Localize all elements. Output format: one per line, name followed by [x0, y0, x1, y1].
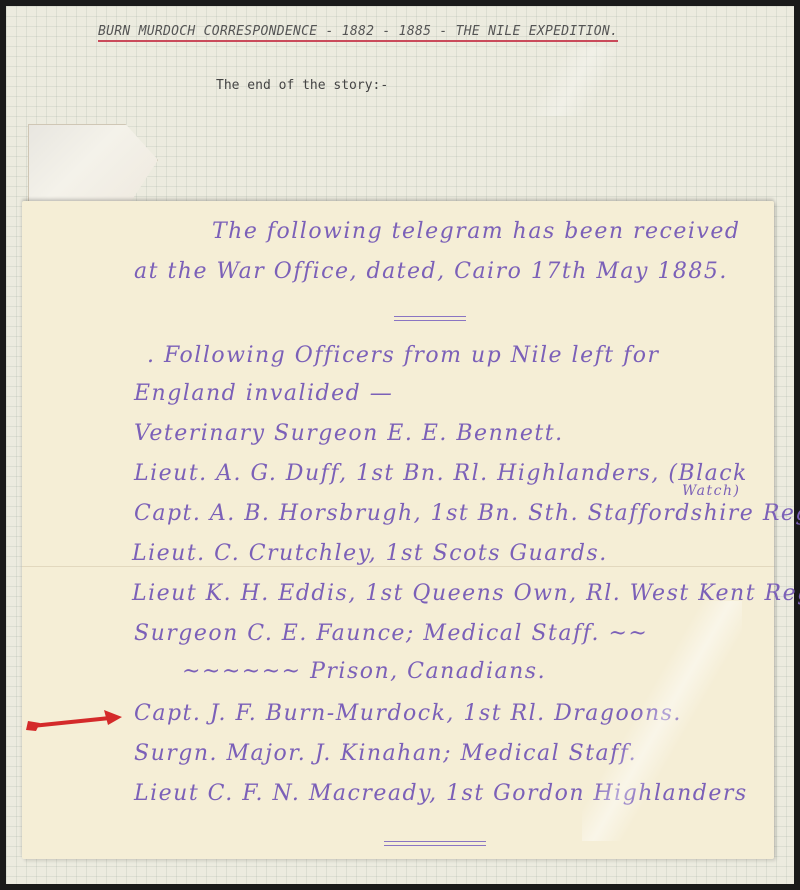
photo-corner-mount [28, 124, 158, 204]
page-title: BURN MURDOCH CORRESPONDENCE - 1882 - 188… [98, 24, 618, 39]
handwritten-letter: The following telegram has been received… [22, 201, 774, 859]
page-subtitle: The end of the story:- [216, 78, 388, 93]
officer-line: Surgn. Major. J. Kinahan; Medical Staff. [134, 741, 637, 766]
body-line-1: . Following Officers from up Nile left f… [147, 343, 660, 368]
officer-line: Lieut. A. G. Duff, 1st Bn. Rl. Highlande… [134, 461, 748, 486]
officer-line-highlighted: Capt. J. F. Burn-Murdock, 1st Rl. Dragoo… [134, 701, 682, 726]
officer-line: Lieut C. F. N. Macready, 1st Gordon High… [134, 781, 748, 806]
intro-line-1: The following telegram has been received [212, 219, 740, 244]
divider-rule-bottom [384, 841, 486, 846]
plastic-sleeve-glare-top [446, 46, 706, 116]
officer-line: Capt. A. B. Horsbrugh, 1st Bn. Sth. Staf… [134, 501, 800, 526]
officer-line: Veterinary Surgeon E. E. Bennett. [134, 421, 564, 446]
officer-line: Lieut. C. Crutchley, 1st Scots Guards. [132, 541, 608, 566]
red-arrow-icon [26, 709, 126, 733]
body-line-2: England invalided — [134, 381, 393, 406]
officer-line: ~~~~~~ Prison, Canadians. [182, 659, 546, 684]
officer-line-continuation: Watch) [682, 483, 740, 499]
intro-line-2: at the War Office, dated, Cairo 17th May… [134, 259, 728, 284]
officer-line: Lieut K. H. Eddis, 1st Queens Own, Rl. W… [132, 581, 800, 606]
paper-fold-line [22, 566, 774, 567]
album-page: BURN MURDOCH CORRESPONDENCE - 1882 - 188… [6, 6, 794, 884]
officer-line: Surgeon C. E. Faunce; Medical Staff. ~~ [134, 621, 648, 646]
divider-rule-top [394, 316, 466, 321]
page-title-text: BURN MURDOCH CORRESPONDENCE - 1882 - 188… [98, 24, 618, 42]
